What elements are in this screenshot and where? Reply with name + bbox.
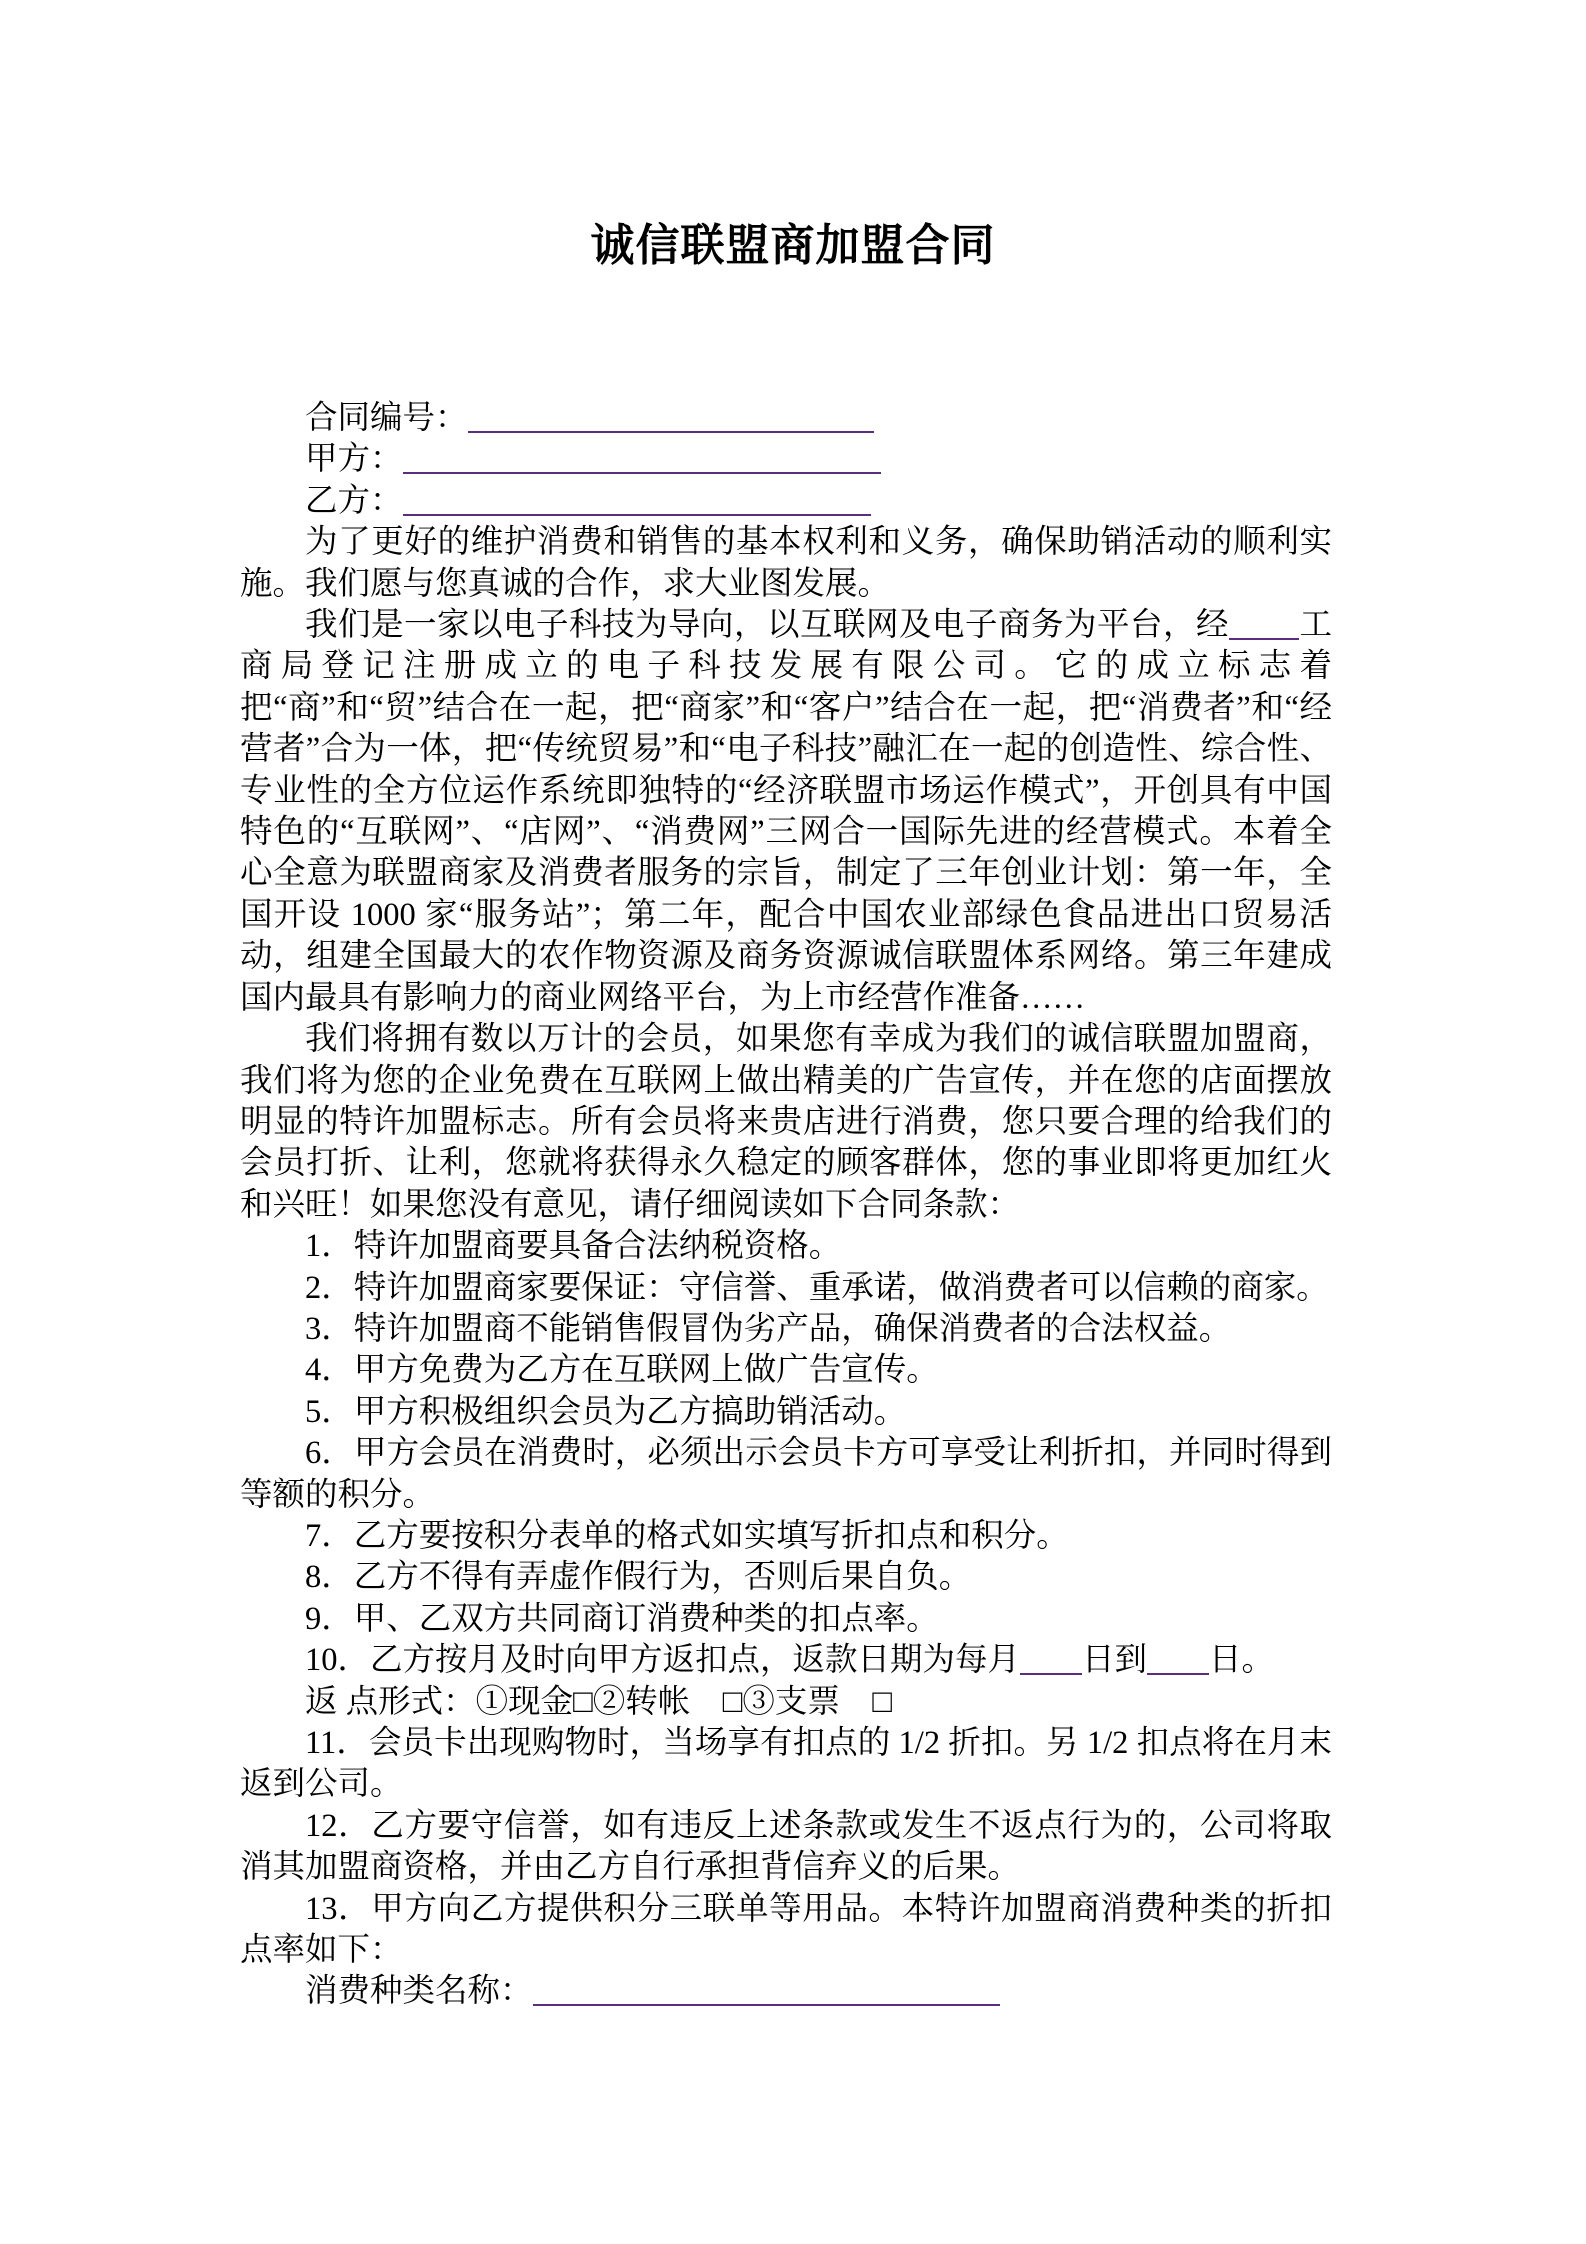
- text-run: 9．甲、乙双方共同商订消费种类的扣点率。: [305, 1601, 939, 1637]
- text-run: 我们将拥有数以万计的会员，如果您有幸成为我们的诚信联盟加盟商，我们将为您的企业免…: [240, 1021, 1332, 1223]
- clause-8: 8．乙方不得有弄虚作假行为，否则后果自负。: [240, 1557, 1332, 1598]
- clause-10: 10．乙方按月及时向甲方返扣点，返款日期为每月日到日。: [240, 1640, 1332, 1681]
- field-label: 乙方：: [305, 483, 403, 519]
- text-run: 8．乙方不得有弄虚作假行为，否则后果自负。: [305, 1559, 971, 1595]
- intro-paragraph-2: 我们是一家以电子科技为导向，以互联网及电子商务为平台，经工商局登记注册成立的电子…: [240, 605, 1332, 1019]
- contract-header-fields: 合同编号：甲方：乙方：: [240, 398, 1332, 522]
- text-run: 返 点形式：①现金□②转帐 □③支票 □: [305, 1684, 892, 1720]
- clause-6: 6．甲方会员在消费时，必须出示会员卡方可享受让利折扣，并同时得到等额的积分。: [240, 1433, 1332, 1516]
- clause-4: 4．甲方免费为乙方在互联网上做广告宣传。: [240, 1350, 1332, 1391]
- clause-5: 5．甲方积极组织会员为乙方搞助销活动。: [240, 1392, 1332, 1433]
- text-run: 6．甲方会员在消费时，必须出示会员卡方可享受让利折扣，并同时得到等额的积分。: [240, 1435, 1332, 1512]
- text-run: 为了更好的维护消费和销售的基本权利和义务，确保助销活动的顺利实施。我们愿与您真诚…: [240, 524, 1332, 601]
- fill-in-blank[interactable]: [403, 484, 871, 516]
- fill-in-blank[interactable]: [533, 1974, 1000, 2006]
- fill-in-blank[interactable]: [468, 401, 874, 433]
- text-run: 工商局登记注册成立的电子科技发展有限公司。它的成立标志着把“商”和“贸”结合在一…: [240, 607, 1332, 1016]
- text-run: 3．特许加盟商不能销售假冒伪劣产品，确保消费者的合法权益。: [305, 1311, 1231, 1347]
- consumption-category-line: 消费种类名称：: [240, 1971, 1332, 2012]
- clause-10-rebate-form: 返 点形式：①现金□②转帐 □③支票 □: [240, 1682, 1332, 1723]
- intro-paragraph-3: 我们将拥有数以万计的会员，如果您有幸成为我们的诚信联盟加盟商，我们将为您的企业免…: [240, 1019, 1332, 1226]
- text-run: 5．甲方积极组织会员为乙方搞助销活动。: [305, 1394, 906, 1430]
- clause-1: 1．特许加盟商要具备合法纳税资格。: [240, 1226, 1332, 1267]
- contract-body: 合同编号：甲方：乙方： 为了更好的维护消费和销售的基本权利和义务，确保助销活动的…: [240, 398, 1332, 2013]
- text-run: 消费种类名称：: [305, 1973, 533, 2009]
- text-run: 2．特许加盟商家要保证：守信誉、重承诺，做消费者可以信赖的商家。: [305, 1270, 1329, 1306]
- contract-document-page: 诚信联盟商加盟合同 合同编号：甲方：乙方： 为了更好的维护消费和销售的基本权利和…: [0, 0, 1586, 2244]
- text-run: 13．甲方向乙方提供积分三联单等用品。本特许加盟商消费种类的折扣点率如下：: [240, 1891, 1332, 1968]
- text-run: 4．甲方免费为乙方在互联网上做广告宣传。: [305, 1352, 939, 1388]
- text-run: 7．乙方要按积分表单的格式如实填写折扣点和积分。: [305, 1518, 1069, 1554]
- text-run: 我们是一家以电子科技为导向，以互联网及电子商务为平台，经: [305, 607, 1229, 643]
- clause-2: 2．特许加盟商家要保证：守信誉、重承诺，做消费者可以信赖的商家。: [240, 1268, 1332, 1309]
- contract-field-0: 合同编号：: [240, 398, 1332, 439]
- text-run: 日。: [1209, 1642, 1274, 1678]
- page-title: 诚信联盟商加盟合同: [0, 0, 1586, 270]
- fill-in-blank[interactable]: [1147, 1643, 1209, 1675]
- clause-13: 13．甲方向乙方提供积分三联单等用品。本特许加盟商消费种类的折扣点率如下：: [240, 1889, 1332, 1972]
- clause-3: 3．特许加盟商不能销售假冒伪劣产品，确保消费者的合法权益。: [240, 1309, 1332, 1350]
- text-run: 日到: [1082, 1642, 1147, 1678]
- field-label: 甲方：: [305, 441, 403, 477]
- clause-9: 9．甲、乙双方共同商订消费种类的扣点率。: [240, 1599, 1332, 1640]
- contract-field-2: 乙方：: [240, 481, 1332, 522]
- clause-12: 12．乙方要守信誉，如有违反上述条款或发生不返点行为的，公司将取消其加盟商资格，…: [240, 1806, 1332, 1889]
- text-run: 1．特许加盟商要具备合法纳税资格。: [305, 1228, 841, 1264]
- intro-paragraph-1: 为了更好的维护消费和销售的基本权利和义务，确保助销活动的顺利实施。我们愿与您真诚…: [240, 522, 1332, 605]
- field-label: 合同编号：: [305, 400, 468, 436]
- clause-7: 7．乙方要按积分表单的格式如实填写折扣点和积分。: [240, 1516, 1332, 1557]
- text-run: 10．乙方按月及时向甲方返扣点，返款日期为每月: [305, 1642, 1020, 1678]
- contract-clauses: 为了更好的维护消费和销售的基本权利和义务，确保助销活动的顺利实施。我们愿与您真诚…: [240, 522, 1332, 2013]
- clause-11: 11．会员卡出现购物时，当场享有扣点的 1/2 折扣。另 1/2 扣点将在月末返…: [240, 1723, 1332, 1806]
- fill-in-blank[interactable]: [403, 442, 881, 474]
- fill-in-blank[interactable]: [1229, 608, 1299, 640]
- contract-field-1: 甲方：: [240, 439, 1332, 480]
- fill-in-blank[interactable]: [1020, 1643, 1082, 1675]
- text-run: 12．乙方要守信誉，如有违反上述条款或发生不返点行为的，公司将取消其加盟商资格，…: [240, 1808, 1332, 1885]
- text-run: 11．会员卡出现购物时，当场享有扣点的 1/2 折扣。另 1/2 扣点将在月末返…: [240, 1725, 1332, 1802]
